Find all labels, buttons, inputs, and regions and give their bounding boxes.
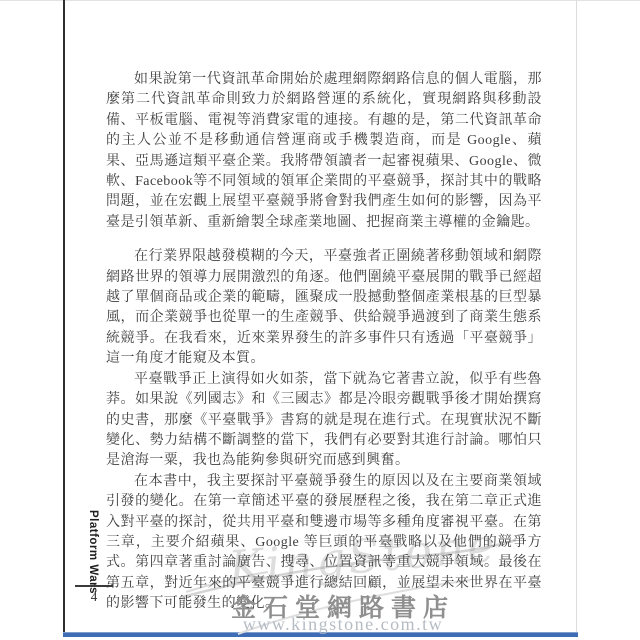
paragraph-1: 如果說第一代資訊革命開始於處理網際網路信息的個人電腦，那麼第二代資訊革命則致力於… (106, 70, 542, 233)
book-page-scan: KingStone Platform Wars 4 如果說第一代資訊革命開始於處… (0, 0, 640, 640)
watermark-store-url: www.kingstone.com.tw (178, 614, 508, 635)
page-top-rule (0, 0, 640, 1)
page-right-rule (576, 0, 577, 634)
paragraph-3: 平臺戰爭正上演得如火如荼，當下就為它著書立說，似乎有些魯莽。如果說《列國志》和《… (106, 370, 542, 472)
paragraph-2: 在行業界限越發模糊的今天，平臺強者正圍繞著移動領域和網際網路世界的領導力展開激烈… (106, 247, 542, 369)
page-content: 如果說第一代資訊革命開始於處理網際網路信息的個人電腦，那麼第二代資訊革命則致力於… (106, 70, 542, 615)
